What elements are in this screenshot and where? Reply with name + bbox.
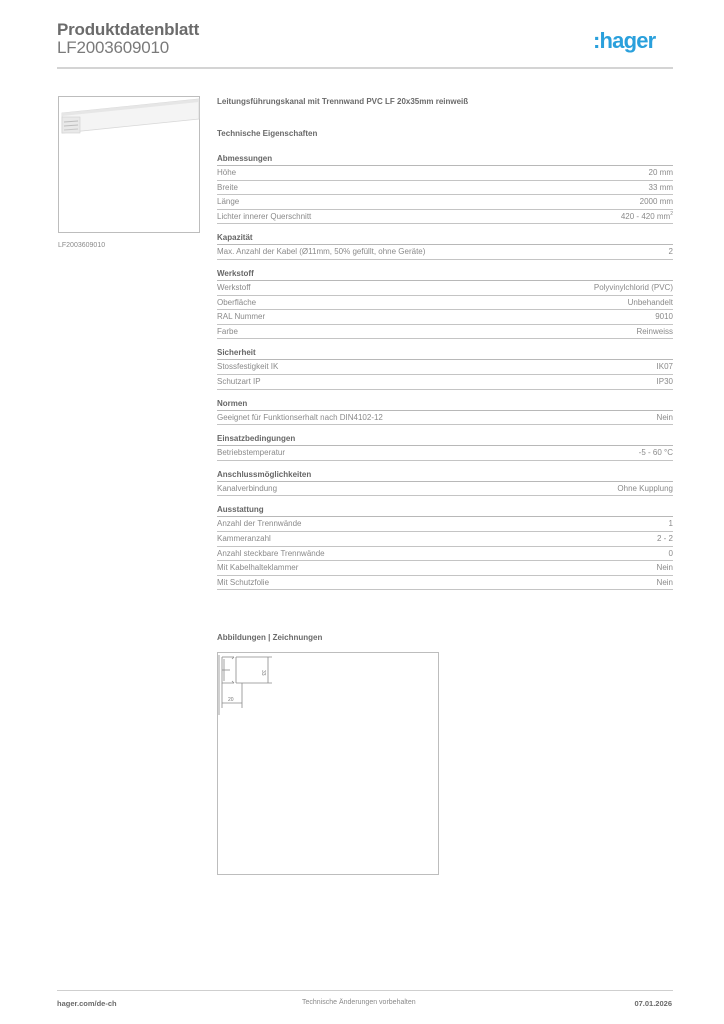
spec-value: Unbehandelt: [628, 296, 673, 310]
spec-value: 2: [669, 245, 673, 259]
svg-text:33: 33: [260, 670, 266, 676]
section-title: Kapazität: [217, 232, 673, 245]
spec-value: IK07: [657, 360, 673, 374]
tech-properties-heading: Technische Eigenschaften: [217, 129, 673, 153]
cable-duct-illustration: [59, 97, 201, 234]
spec-value: 9010: [655, 310, 673, 324]
spec-section: AnschlussmöglichkeitenKanalverbindungOhn…: [217, 469, 673, 497]
spec-row: Schutzart IPIP30: [217, 375, 673, 390]
spec-value: 0: [669, 547, 673, 561]
section-title: Abmessungen: [217, 153, 673, 166]
spec-section: EinsatzbedingungenBetriebstemperatur-5 -…: [217, 433, 673, 461]
technical-drawing: 33 20: [217, 652, 439, 875]
spec-value: -5 - 60 °C: [639, 446, 673, 460]
spec-row: KanalverbindungOhne Kupplung: [217, 482, 673, 497]
drawings-heading: Abbildungen | Zeichnungen: [217, 633, 322, 642]
spec-value-text: 9010: [655, 312, 673, 321]
section-title: Sicherheit: [217, 347, 673, 360]
spec-label: Mit Schutzfolie: [217, 576, 269, 590]
spec-section: AbmessungenHöhe20 mmBreite33 mmLänge2000…: [217, 153, 673, 224]
spec-value-text: IP30: [657, 377, 673, 386]
spec-label: Anzahl der Trennwände: [217, 517, 302, 531]
spec-label: Länge: [217, 195, 239, 209]
spec-label: Betriebstemperatur: [217, 446, 285, 460]
spec-label: Geeignet für Funktionserhalt nach DIN410…: [217, 411, 383, 425]
product-name: Leitungsführungskanal mit Trennwand PVC …: [217, 97, 673, 129]
spec-section: AusstattungAnzahl der Trennwände1Kammera…: [217, 504, 673, 590]
spec-value: Reinweiss: [637, 325, 673, 339]
article-number: LF2003609010: [57, 38, 169, 58]
spec-value: 1: [669, 517, 673, 531]
section-title: Einsatzbedingungen: [217, 433, 673, 446]
footer-notice: Technische Änderungen vorbehalten: [302, 999, 416, 1006]
spec-row: Mit SchutzfolieNein: [217, 576, 673, 591]
spec-value: IP30: [657, 375, 673, 389]
spec-label: Kammeranzahl: [217, 532, 271, 546]
unit-superscript: 2: [670, 211, 673, 217]
spec-label: Max. Anzahl der Kabel (Ø11mm, 50% gefüll…: [217, 245, 425, 259]
spec-row: Betriebstemperatur-5 - 60 °C: [217, 446, 673, 461]
spec-value-text: 1: [669, 519, 673, 528]
spec-value-text: 420 - 420 mm: [621, 212, 670, 221]
spec-label: Werkstoff: [217, 281, 251, 295]
spec-row: WerkstoffPolyvinylchlorid (PVC): [217, 281, 673, 296]
spec-value: Polyvinylchlorid (PVC): [594, 281, 673, 295]
footer-divider: [57, 990, 673, 991]
spec-value-text: 2000 mm: [640, 197, 673, 206]
product-image: [58, 96, 200, 233]
spec-label: RAL Nummer: [217, 310, 265, 324]
spec-value-text: Unbehandelt: [628, 298, 673, 307]
spec-label: Anzahl steckbare Trennwände: [217, 547, 325, 561]
spec-label: Mit Kabelhalteklammer: [217, 561, 298, 575]
footer-website-link[interactable]: hager.com/de-ch: [57, 999, 117, 1008]
spec-value-text: Polyvinylchlorid (PVC): [594, 283, 673, 292]
image-caption: LF2003609010: [58, 242, 105, 249]
spec-section: KapazitätMax. Anzahl der Kabel (Ø11mm, 5…: [217, 232, 673, 260]
spec-row: Lichter innerer Querschnitt420 - 420 mm2: [217, 210, 673, 225]
header-divider: [57, 67, 673, 69]
spec-row: RAL Nummer9010: [217, 310, 673, 325]
document-title: Produktdatenblatt: [57, 20, 199, 40]
spec-value: 2000 mm: [640, 195, 673, 209]
spec-value-text: Reinweiss: [637, 327, 673, 336]
spec-value-text: 2 - 2: [657, 534, 673, 543]
spec-row: Mit KabelhalteklammerNein: [217, 561, 673, 576]
spec-value-text: Nein: [657, 578, 673, 587]
spec-section: SicherheitStossfestigkeit IKIK07Schutzar…: [217, 347, 673, 389]
section-title: Normen: [217, 398, 673, 411]
spec-value: 2 - 2: [657, 532, 673, 546]
spec-value: 33 mm: [649, 181, 673, 195]
spec-row: Geeignet für Funktionserhalt nach DIN410…: [217, 411, 673, 426]
dimension-drawing: 33 20: [218, 653, 440, 876]
spec-value: Nein: [657, 411, 673, 425]
spec-label: Höhe: [217, 166, 236, 180]
spec-row: Anzahl der Trennwände1: [217, 517, 673, 532]
spec-label: Kanalverbindung: [217, 482, 277, 496]
spec-panel: Leitungsführungskanal mit Trennwand PVC …: [217, 97, 673, 598]
spec-value-text: Nein: [657, 563, 673, 572]
section-title: Ausstattung: [217, 504, 673, 517]
spec-label: Stossfestigkeit IK: [217, 360, 278, 374]
spec-value-text: -5 - 60 °C: [639, 448, 673, 457]
spec-row: FarbeReinweiss: [217, 325, 673, 340]
spec-section: WerkstoffWerkstoffPolyvinylchlorid (PVC)…: [217, 268, 673, 339]
svg-text:20: 20: [228, 697, 234, 703]
spec-value-text: 20 mm: [649, 168, 673, 177]
spec-value: 420 - 420 mm2: [621, 210, 673, 224]
spec-label: Lichter innerer Querschnitt: [217, 210, 311, 224]
spec-row: Anzahl steckbare Trennwände0: [217, 547, 673, 562]
spec-sections: AbmessungenHöhe20 mmBreite33 mmLänge2000…: [217, 153, 673, 590]
hager-logo: :hager: [593, 28, 655, 54]
spec-value-text: IK07: [657, 362, 673, 371]
spec-section: NormenGeeignet für Funktionserhalt nach …: [217, 398, 673, 426]
section-title: Werkstoff: [217, 268, 673, 281]
spec-value-text: Nein: [657, 413, 673, 422]
spec-label: Farbe: [217, 325, 238, 339]
spec-label: Breite: [217, 181, 238, 195]
spec-value-text: 33 mm: [649, 183, 673, 192]
spec-value: Nein: [657, 576, 673, 590]
spec-value: Nein: [657, 561, 673, 575]
spec-label: Schutzart IP: [217, 375, 261, 389]
spec-row: Kammeranzahl2 - 2: [217, 532, 673, 547]
spec-label: Oberfläche: [217, 296, 256, 310]
spec-value-text: Ohne Kupplung: [617, 484, 673, 493]
spec-row: Max. Anzahl der Kabel (Ø11mm, 50% gefüll…: [217, 245, 673, 260]
spec-value: Ohne Kupplung: [617, 482, 673, 496]
spec-row: Länge2000 mm: [217, 195, 673, 210]
spec-value-text: 2: [669, 247, 673, 256]
spec-value-text: 0: [669, 549, 673, 558]
spec-row: OberflächeUnbehandelt: [217, 296, 673, 311]
spec-row: Breite33 mm: [217, 181, 673, 196]
footer-date: 07.01.2026: [634, 999, 672, 1008]
spec-row: Höhe20 mm: [217, 166, 673, 181]
section-title: Anschlussmöglichkeiten: [217, 469, 673, 482]
spec-row: Stossfestigkeit IKIK07: [217, 360, 673, 375]
spec-value: 20 mm: [649, 166, 673, 180]
